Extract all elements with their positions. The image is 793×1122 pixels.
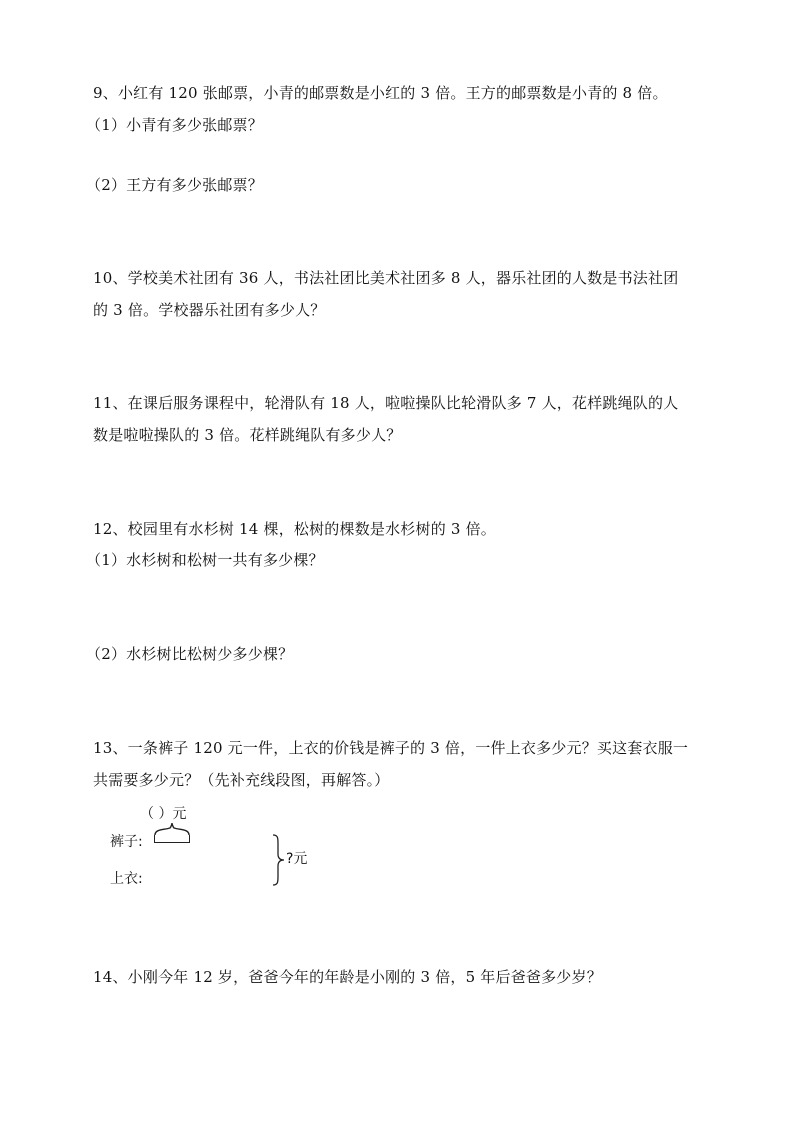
problem-13-text-line-2: 共需要多少元？（先补充线段图，再解答。） [93,771,390,789]
problem-12-question-1: （1）水杉树和松树一共有多少棵？ [86,551,324,569]
diagram-total-label: ?元 [286,851,307,867]
line-segment-diagram: （ ）元 裤子: 上衣: ?元 [100,800,340,890]
diagram-row-pants-label: 裤子: [110,834,143,850]
diagram-row-shirt-label: 上衣: [110,871,143,887]
pants-segment [154,835,190,843]
problem-14-text: 14、小刚今年 12 岁，爸爸今年的年龄是小刚的 3 倍，5 年后爸爸多少岁？ [93,968,602,986]
problem-12-question-2: （2）水杉树比松树少多少棵？ [86,645,293,663]
total-brace-icon [272,834,286,886]
diagram-top-label: （ ）元 [140,806,186,822]
pants-brace-icon [154,822,190,836]
problem-10-text-line-1: 10、学校美术社团有 36 人，书法社团比美术社团多 8 人，器乐社团的人数是书… [93,269,678,287]
problem-10-text-line-2: 的 3 倍。学校器乐社团有多少人？ [93,301,325,319]
problem-12-text: 12、校园里有水杉树 14 棵，松树的棵数是水杉树的 3 倍。 [93,520,496,538]
problem-11-text-line-1: 11、在课后服务课程中，轮滑队有 18 人，啦啦操队比轮滑队多 7 人，花样跳绳… [93,394,678,412]
problem-9-question-1: （1）小青有多少张邮票？ [86,116,263,134]
problem-9-question-2: （2）王方有多少张邮票？ [86,176,263,194]
problem-13-text-line-1: 13、一条裤子 120 元一件，上衣的价钱是裤子的 3 倍，一件上衣多少元？买这… [93,739,688,757]
problem-11-text-line-2: 数是啦啦操队的 3 倍。花样跳绳队有多少人？ [93,426,401,444]
problem-9-text: 9、小红有 120 张邮票，小青的邮票数是小红的 3 倍。王方的邮票数是小青的 … [93,84,668,102]
